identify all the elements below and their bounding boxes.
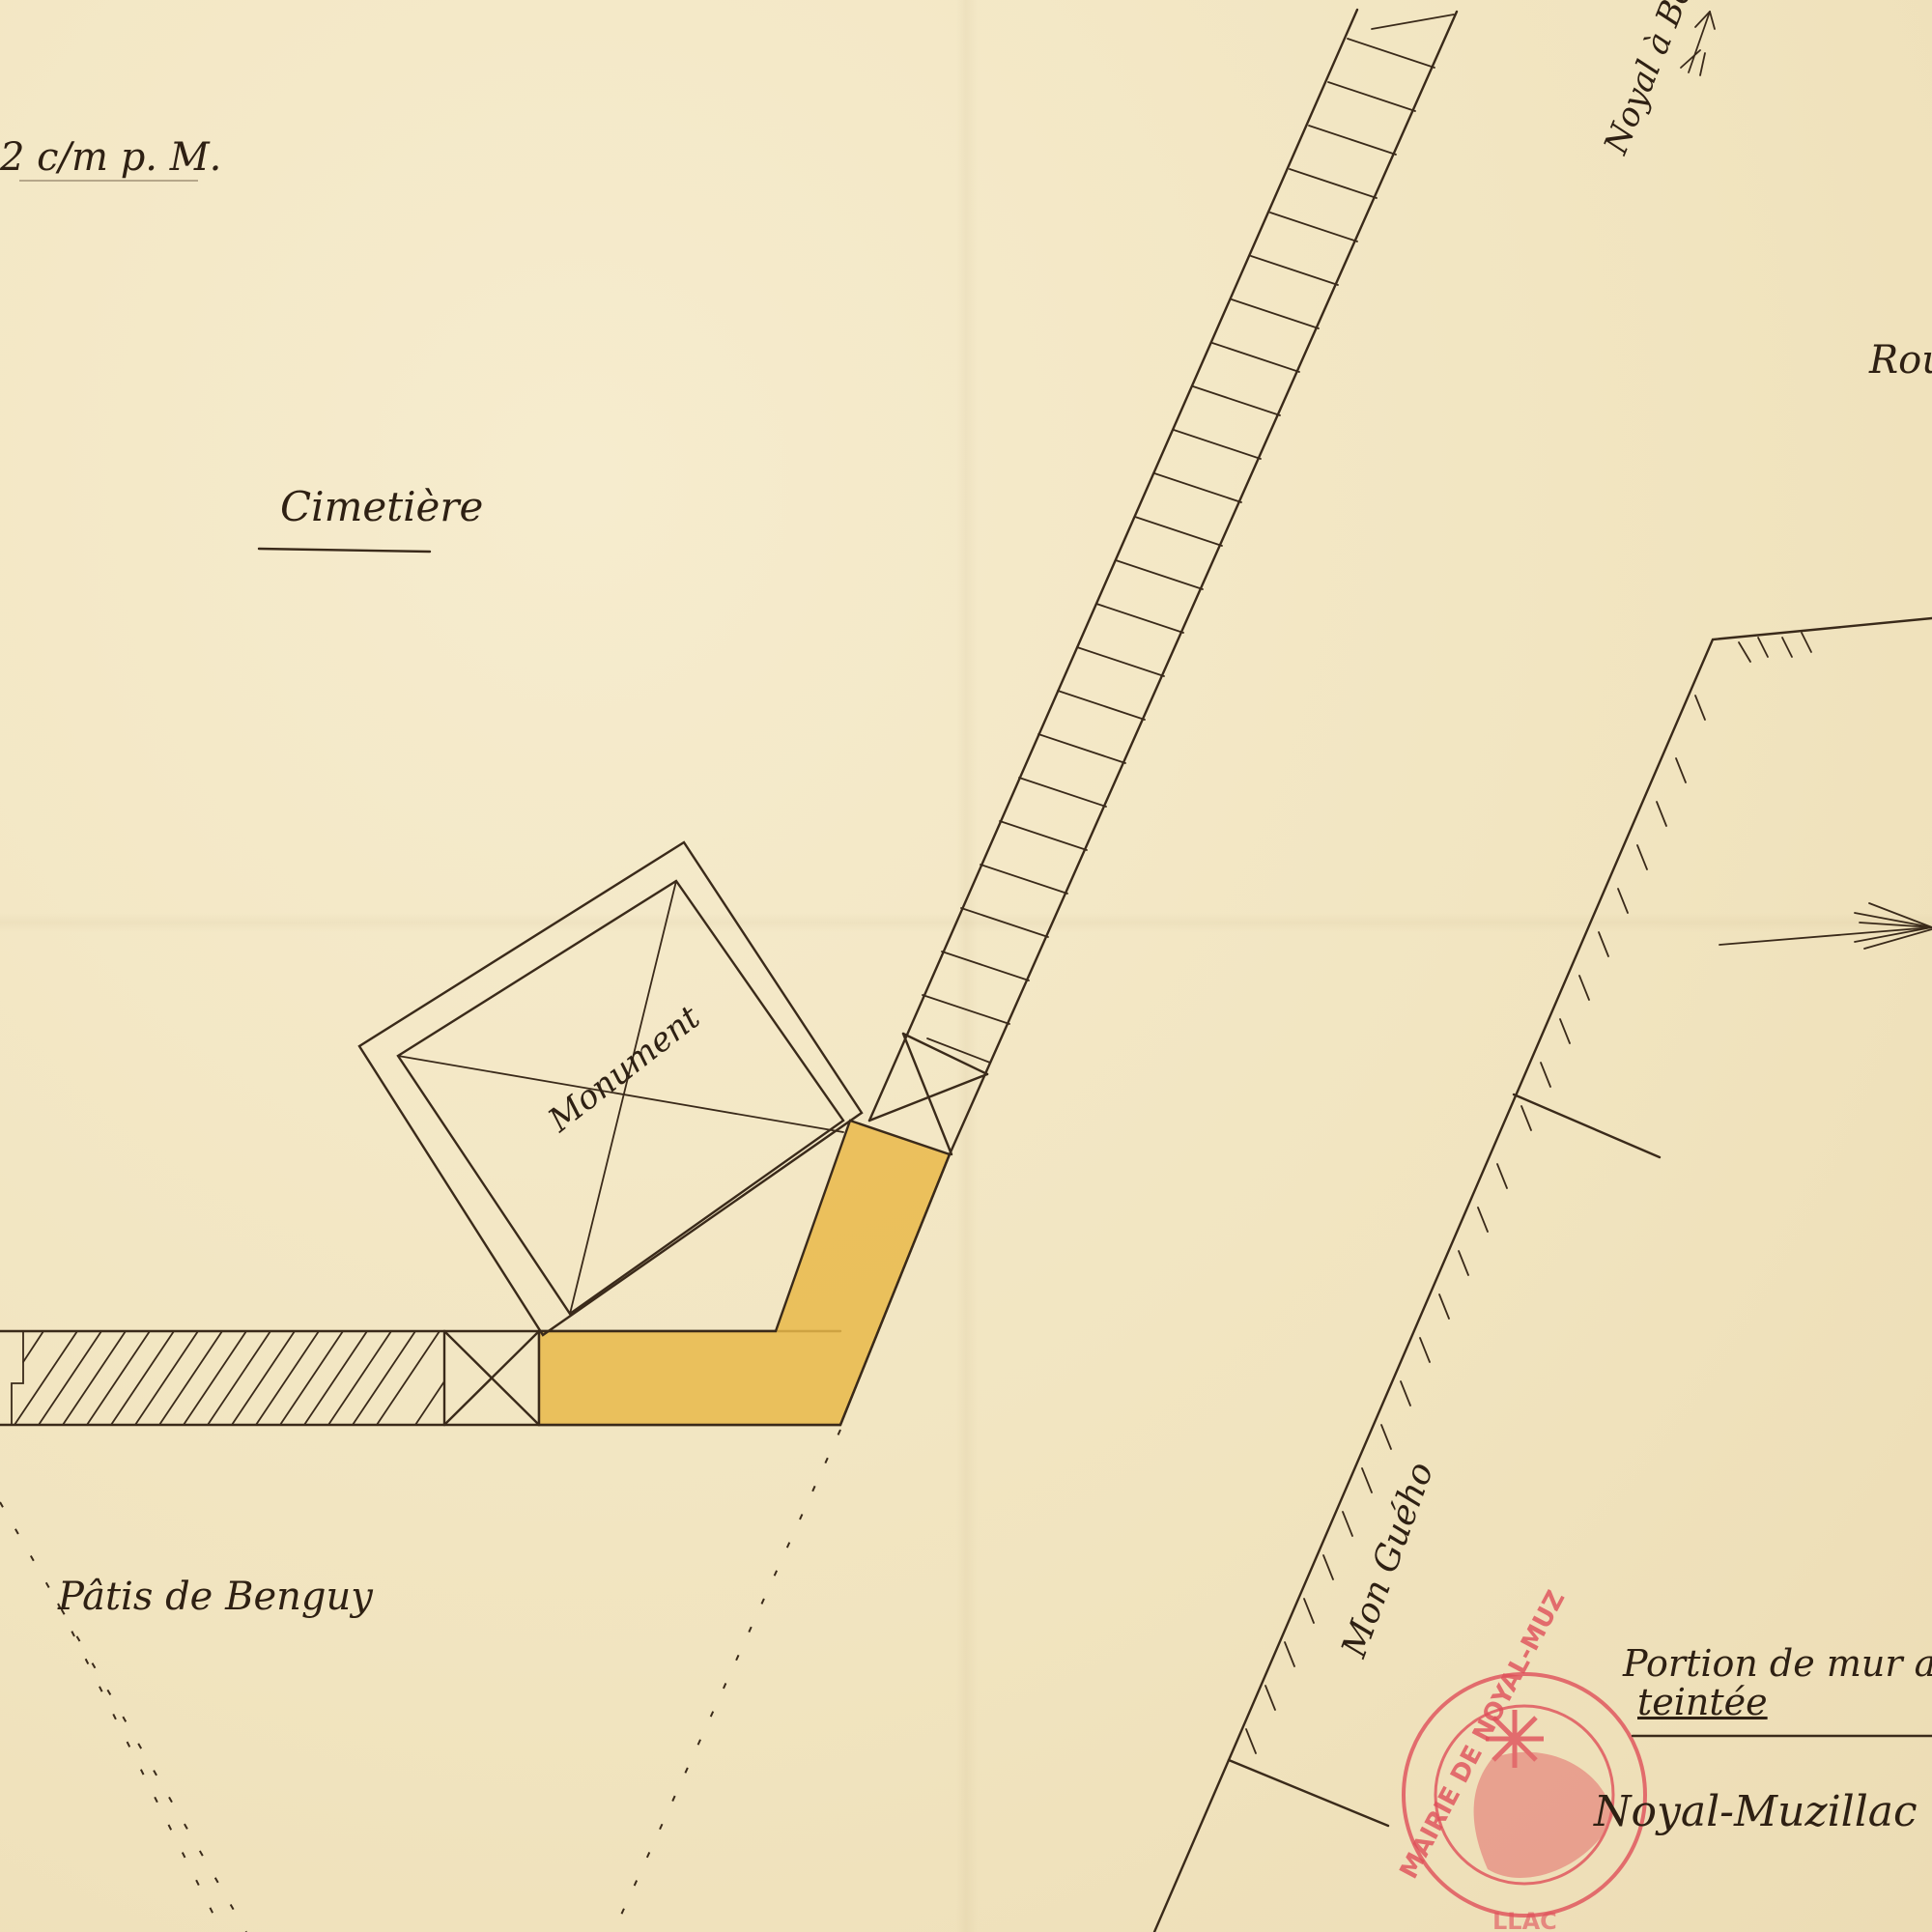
boundary-dashed-left-2 [58, 1604, 222, 1932]
scale-note: 2 c/m p. M. [0, 135, 221, 180]
cemetery-label: Cimetière [280, 483, 483, 530]
stamp-bottom-text: LLAC [1492, 1908, 1557, 1932]
north-arrow-icon [1719, 903, 1932, 949]
signature-place-date: Noyal-Muzillac le [1594, 1787, 1932, 1836]
boundary-dashed-left [0, 1502, 246, 1932]
boundary-dashed-right [613, 1430, 840, 1932]
legend-line-1: Portion de mur actu [1623, 1642, 1932, 1685]
cemetery-underline [259, 549, 430, 552]
diagonal-wall-hatched [840, 10, 1457, 1425]
legend-line-2: teintée [1637, 1681, 1768, 1723]
field-label: Pâtis de Benguy [58, 1575, 373, 1619]
plan-sheet: 2 c/m p. M. Cimetière Monument Noyal à B… [0, 0, 1932, 1932]
road-label-partial: Rou [1869, 338, 1932, 383]
tinted-wall-portion [539, 1121, 950, 1425]
